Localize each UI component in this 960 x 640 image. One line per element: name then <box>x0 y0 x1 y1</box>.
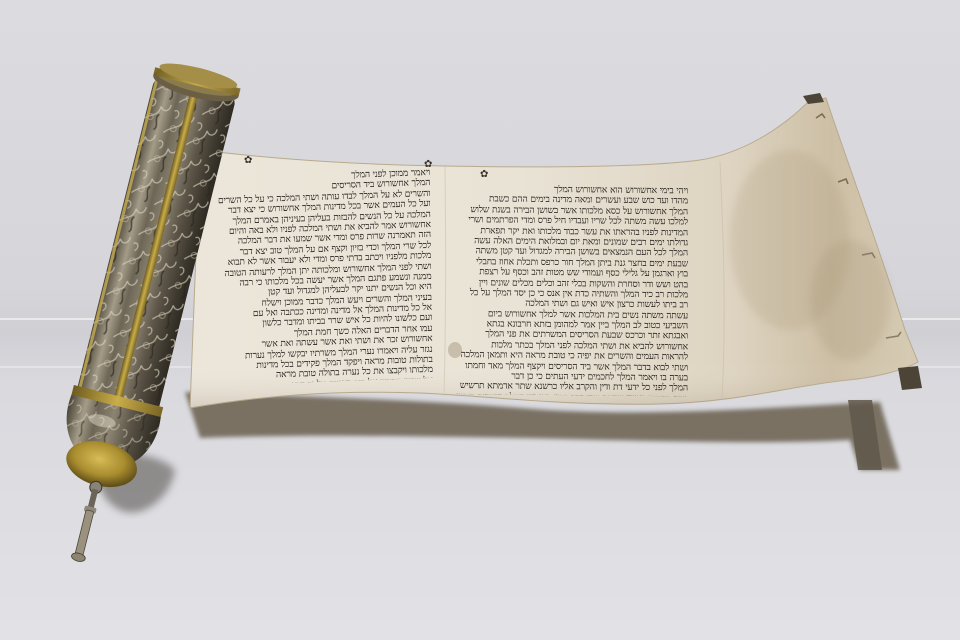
ornament-icon: ✿ <box>480 170 488 180</box>
handle-shaft <box>75 510 94 557</box>
roller-tip-top <box>803 93 824 104</box>
text-column-left: ויאמר ממוכן לפני המלך המלך אחשורוש ביד ה… <box>198 168 433 386</box>
text-column-right: ויהי בימי אחשורוש הוא אחשורוש המלך מהדו … <box>456 184 688 396</box>
scroll-shadow <box>185 392 900 470</box>
ornament-icon: ✿ <box>244 156 252 166</box>
handle-stem <box>88 489 99 510</box>
roller-tip-bottom <box>898 366 922 390</box>
photo-scene: ✿ ✿ ✿ ויאמר ממוכן לפני המלך המלך אחשורוש… <box>0 0 960 640</box>
